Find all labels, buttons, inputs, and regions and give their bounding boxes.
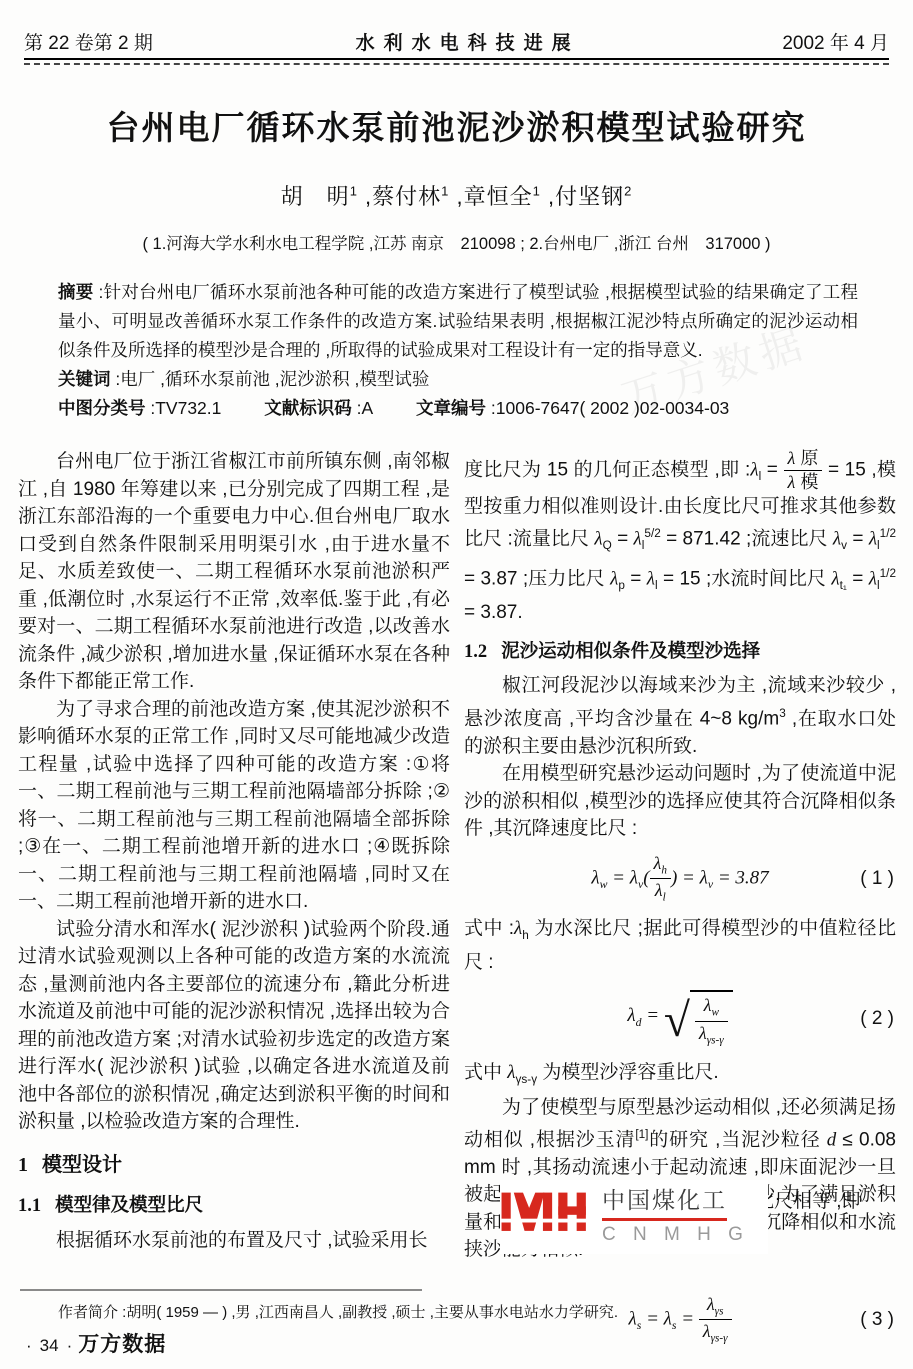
classification-line: 中图分类号 :TV732.1 文献标识码 :A 文章编号 :1006-7647(…	[58, 394, 858, 423]
section-1-title: 模型设计	[42, 1154, 122, 1176]
page-footer: · 34 · 万方数据	[26, 1328, 166, 1358]
author-bio-footnote: 作者简介 :胡明( 1959 — ) ,男 ,江西南昌人 ,副教授 ,硕士 ,主…	[58, 1301, 618, 1322]
abstract-label: 摘要	[58, 282, 93, 302]
authors-line: 胡 明1 ,蔡付林1 ,章恒全1 ,付坚钢2	[0, 180, 913, 211]
equation-2-number: ( 2 )	[860, 1005, 894, 1033]
doc-code-label: 文献标识码	[264, 398, 352, 418]
paper-title: 台州电厂循环水泵前池泥沙淤积模型试验研究	[0, 102, 913, 149]
sediment-paragraph-2: 在用模型研究悬沙运动问题时 ,为了使流道中泥沙的淤积相似 ,模型沙的选择应使其符…	[464, 760, 896, 843]
radical-sign: √	[664, 1000, 690, 1043]
keywords-text: :电厂 ,循环水泵前池 ,泥沙淤积 ,模型试验	[111, 369, 430, 389]
watermark-text-block: 中国煤化工 C N M H G	[602, 1180, 749, 1246]
equation-2-denominator: λγs-γ	[695, 1022, 728, 1047]
section-1-1-title: 模型律及模型比尺	[55, 1194, 203, 1215]
model-scale-paragraph: 度比尺为 15 的几何正态模型 ,即 :λl = λ 原λ 模 = 15 ,模型…	[464, 448, 896, 627]
abstract-line: 摘要 :针对台州电厂循环水泵前池各种可能的改造方案进行了模型试验 ,根据模型试验…	[58, 278, 858, 365]
header-rule-solid	[24, 58, 889, 60]
coal-chem-logo-icon	[500, 1180, 592, 1242]
header-rule-dashed	[24, 63, 889, 65]
sediment-paragraph-1: 椒江河段泥沙以海域来沙为主 ,流域来沙较少 ,悬沙浓度高 ,平均含沙量在 4~8…	[464, 672, 896, 760]
redaction-watermark: 中国煤化工 C N M H G	[500, 1180, 768, 1254]
intro-paragraph-1: 台州电厂位于浙江省椒江市前所镇东侧 ,南邻椒江 ,自 1980 年筹建以来 ,已…	[18, 448, 450, 696]
wanfang-data-mark: 万方数据	[78, 1328, 166, 1358]
footnote-divider	[20, 1289, 422, 1291]
equation-1-body: λw = λv(λhλl) = λv = 3.87	[591, 853, 768, 905]
intro-paragraph-3: 试验分清水和浑水( 泥沙淤积 )试验两个阶段.通过清水试验观测以上各种可能的改造…	[18, 916, 450, 1136]
equation-1-number: ( 1 )	[860, 865, 894, 893]
equation-3-number: ( 3 )	[860, 1306, 894, 1334]
affiliation-line: ( 1.河海大学水利水电工程学院 ,江苏 南京 210098 ; 2.台州电厂 …	[0, 230, 913, 254]
section-1-heading: 1模型设计	[18, 1152, 450, 1180]
equation-2-explanation: 式中 λγs-γ 为模型沙浮容重比尺.	[464, 1059, 896, 1093]
page-number: 34	[40, 1336, 59, 1356]
section-1-2-number: 1.2	[464, 642, 487, 662]
section-1-number: 1	[18, 1154, 28, 1176]
equation-1-explanation: 式中 :λh 为水深比尺 ;据此可得模型沙的中值粒径比尺 :	[464, 915, 896, 977]
equation-3-body: λs = λs = λγsλγs-γ	[628, 1294, 731, 1346]
header-journal-title: 水利水电科技进展	[356, 28, 580, 55]
page-number-dot-left: ·	[26, 1336, 32, 1356]
article-id-label: 文章编号	[416, 398, 486, 418]
sqrt-radical: √λwλγs-γ	[664, 990, 733, 1047]
clc-value: :TV732.1	[146, 398, 222, 418]
equation-2-lhs: λd =	[627, 1002, 659, 1036]
equation-2-numerator: λw	[695, 995, 728, 1021]
equation-1: λw = λv(λhλl) = λv = 3.87 ( 1 )	[464, 853, 896, 905]
watermark-en-text: C N M H G	[602, 1224, 749, 1246]
section-1-1-number: 1.1	[18, 1196, 41, 1216]
doc-code-value: :A	[352, 398, 373, 418]
left-column: 台州电厂位于浙江省椒江市前所镇东侧 ,南邻椒江 ,自 1980 年筹建以来 ,已…	[18, 448, 450, 1254]
abstract-text: :针对台州电厂循环水泵前池各种可能的改造方案进行了模型试验 ,根据模型试验的结果…	[58, 282, 858, 360]
page-number-dot-right: ·	[67, 1336, 73, 1356]
section-1-2-title: 泥沙运动相似条件及模型沙选择	[501, 640, 760, 661]
header-date: 2002 年 4 月	[782, 28, 889, 55]
section-1-1-heading: 1.1模型律及模型比尺	[18, 1191, 450, 1221]
watermark-cn-text: 中国煤化工	[602, 1182, 727, 1221]
equation-2: λd = √λwλγs-γ ( 2 )	[464, 990, 896, 1047]
section-1-2-heading: 1.2泥沙运动相似条件及模型沙选择	[464, 637, 896, 667]
article-id-value: :1006-7647( 2002 )02-0034-03	[486, 398, 729, 418]
header-issue: 第 22 卷第 2 期	[24, 28, 153, 55]
clc-label: 中图分类号	[58, 398, 146, 418]
intro-paragraph-2: 为了寻求合理的前池改造方案 ,使其泥沙淤积不影响循环水泵的正常工作 ,同时又尽可…	[18, 696, 450, 916]
keywords-label: 关键词	[58, 369, 111, 389]
section-1-1-paragraph: 根据循环水泵前池的布置及尺寸 ,试验采用长	[18, 1227, 450, 1255]
keywords-line: 关键词 :电厂 ,循环水泵前池 ,泥沙淤积 ,模型试验	[58, 365, 858, 394]
paper-page: 第 22 卷第 2 期 水利水电科技进展 2002 年 4 月 台州电厂循环水泵…	[0, 0, 913, 1369]
abstract-block: 摘要 :针对台州电厂循环水泵前池各种可能的改造方案进行了模型试验 ,根据模型试验…	[58, 278, 858, 423]
page-header: 第 22 卷第 2 期 水利水电科技进展 2002 年 4 月	[24, 28, 889, 55]
